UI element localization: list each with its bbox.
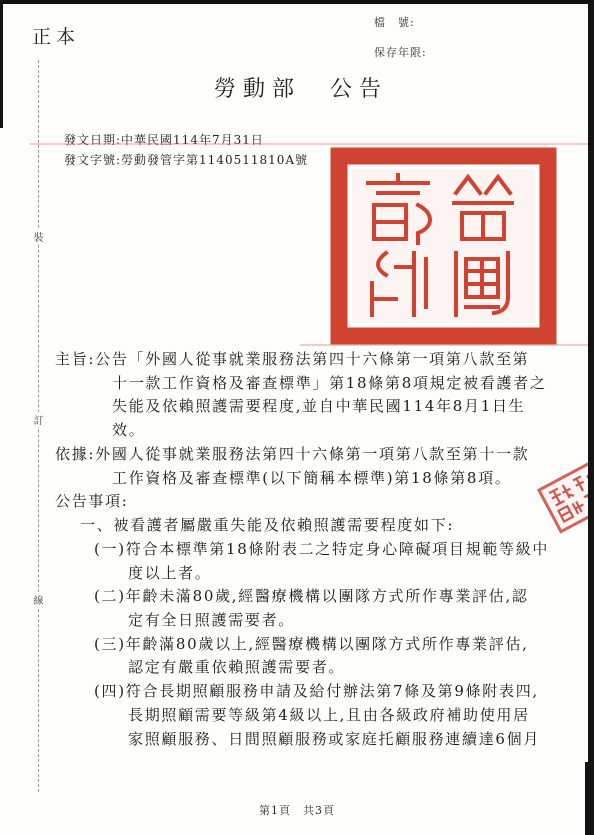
issue-number-value: 勞動發管字第1140511810A號 [121,153,308,167]
body-line-sub1-2: 度以上者。 [128,562,212,583]
body-line-sub2-1: (二)年齡未滿80歲,經醫療機構以團隊方式所作專業評估,認 [94,585,529,606]
scan-bleed-line-top [30,143,588,145]
body-line-item1: 一、被看護者屬嚴重失能及依賴照護需要程度如下: [80,514,454,535]
page-joint-seal-icon [537,460,594,533]
issue-number-label: 發文字號: [64,153,121,167]
page-footer: 第1頁 共3頁 [0,802,594,818]
body-line-sub3-1: (三)年齡滿80歲以上,經醫療機構以團隊方式所作專業評估, [94,633,529,654]
binding-mark-ding: 訂 [31,412,46,427]
file-number-label: 檔 號: [374,14,415,30]
body-line-subject-2: 十一款工作資格及審查標準」第18條第8項規定被看護者之 [112,372,547,393]
scan-edge-top [0,0,594,4]
body-line-sub4-1: (四)符合長期照顧服務申請及給付辦法第7條及第9條附表四, [94,680,539,701]
scan-edge-left [0,0,3,128]
body-line-basis-2: 工作資格及審查標準(以下簡稱本標準)第18條第8項。 [112,467,512,488]
body-line-sub2-2: 定有全日照護需要者。 [128,609,295,630]
binding-mark-zhuang: 裝 [31,229,46,244]
body-line-subject-3: 失能及依賴照護需要程度,並自中華民國114年8月1日生 [112,395,525,416]
issue-number-row: 發文字號:勞動發管字第1140511810A號 [64,151,308,168]
body-line-sub4-2: 長期照顧需要等級第4級以上,且由各級政府補助使用居 [128,704,530,725]
scan-edge-right [588,0,594,835]
issue-date-row: 發文日期:中華民國114年7月31日 [64,131,264,148]
body-line-subject-4: 效。 [112,419,145,440]
body-line-matters: 公告事項: [55,490,129,511]
copy-type-label: 正本 [32,22,80,49]
body-line-subject-1: 主旨:公告「外國人從事就業服務法第四十六條第一項第八款至第 [55,348,529,369]
body-line-sub1-1: (一)符合本標準第18條附表二之特定身心障礙項目規範等級中 [94,538,549,559]
ministry-of-labor-seal-icon [330,147,557,345]
body-line-basis-1: 依據:外國人從事就業服務法第四十六條第一項第八款至第十一款 [55,443,529,464]
body-line-sub3-2: 認定有嚴重依賴照護需要者。 [128,656,345,677]
scan-edge-right-bottom [585,762,594,835]
retention-period-label: 保存年限: [374,44,427,60]
document-title: 勞動部 公告 [0,72,594,103]
body-line-sub4-3: 家照顧服務、日間照顧服務或家庭托顧服務連續達6個月 [128,728,540,749]
scanned-document-page: 正本 檔 號: 保存年限: 勞動部 公告 發文日期:中華民國114年7月31日 … [0,0,594,835]
binding-mark-xian: 線 [31,592,46,607]
